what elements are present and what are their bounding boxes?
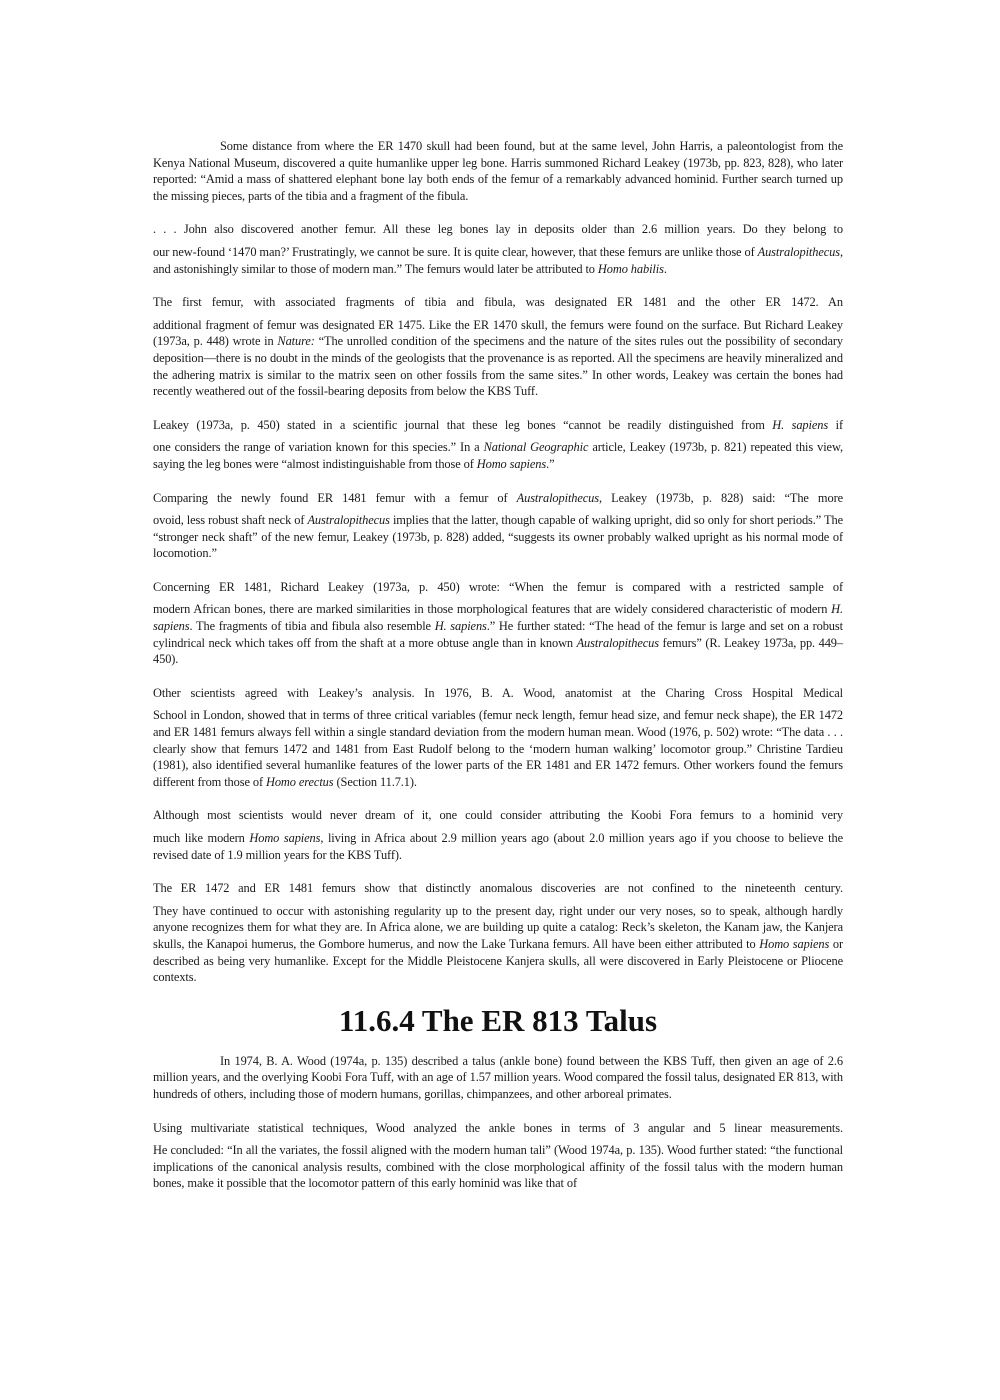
text-run: one considers the range of variation kno… xyxy=(153,440,484,454)
taxon-name: H. sapiens xyxy=(435,619,487,633)
paragraph-er1481-morphology: Concerning ER 1481, Richard Leakey (1973… xyxy=(153,579,843,668)
text-run: , Leakey (1973b, p. 828) said: “The more xyxy=(599,491,843,505)
paragraph-anomalous-discoveries: The ER 1472 and ER 1481 femurs show that… xyxy=(153,880,843,986)
paragraph-leakey-quote-continued: . . . John also discovered another femur… xyxy=(153,221,843,277)
paragraph-lead-line: Concerning ER 1481, Richard Leakey (1973… xyxy=(153,579,843,596)
paragraph-lead-line: Other scientists agreed with Leakey’s an… xyxy=(153,685,843,702)
taxon-name: Homo sapiens xyxy=(249,831,320,845)
paragraph-australopithecus-comparison: Comparing the newly found ER 1481 femur … xyxy=(153,490,843,562)
text-run: much like modern xyxy=(153,831,249,845)
taxon-name: Australopithecus xyxy=(758,245,840,259)
text-run: ovoid, less robust shaft neck of xyxy=(153,513,307,527)
text-run: They have continued to occur with astoni… xyxy=(153,904,843,951)
paragraph-koobi-fora-attribution: Although most scientists would never dre… xyxy=(153,807,843,863)
paragraph-er1481-discovery: Some distance from where the ER 1470 sku… xyxy=(153,138,843,204)
taxon-name: Homo habilis xyxy=(598,262,664,276)
taxon-name: Homo sapiens xyxy=(477,457,546,471)
text-run: . The fragments of tibia and fibula also… xyxy=(189,619,434,633)
text-run: School in London, showed that in terms o… xyxy=(153,708,843,788)
text-run: He concluded: “In all the variates, the … xyxy=(153,1143,843,1190)
text-run: our new-found ‘1470 man?’ Frustratingly,… xyxy=(153,245,758,259)
taxon-name: H. sapiens xyxy=(772,418,828,432)
text-run: . xyxy=(664,262,667,276)
text-run: Leakey (1973a, p. 450) stated in a scien… xyxy=(153,418,772,432)
publication-name: National Geographic xyxy=(484,440,589,454)
taxon-name: Australopithecus xyxy=(577,636,659,650)
paragraph-lead-line: . . . John also discovered another femur… xyxy=(153,221,843,238)
text-run: (Section 11.7.1). xyxy=(334,775,417,789)
document-page: Some distance from where the ER 1470 sku… xyxy=(153,138,843,1209)
section-heading: 11.6.4 The ER 813 Talus xyxy=(153,1003,843,1039)
paragraph-femur-designations: The first femur, with associated fragmen… xyxy=(153,294,843,400)
paragraph-lead-line: Comparing the newly found ER 1481 femur … xyxy=(153,490,843,507)
taxon-name: Australopithecus xyxy=(517,491,599,505)
taxon-name: Australopithecus xyxy=(307,513,389,527)
paragraph-lead-line: Leakey (1973a, p. 450) stated in a scien… xyxy=(153,417,843,434)
paragraph-lead-line: The first femur, with associated fragmen… xyxy=(153,294,843,311)
text-run: modern African bones, there are marked s… xyxy=(153,602,831,616)
paragraph-lead-line: The ER 1472 and ER 1481 femurs show that… xyxy=(153,880,843,897)
paragraph-wood-analysis: Other scientists agreed with Leakey’s an… xyxy=(153,685,843,791)
paragraph-multivariate-analysis: Using multivariate statistical technique… xyxy=(153,1120,843,1192)
paragraph-lead-line: Using multivariate statistical technique… xyxy=(153,1120,843,1137)
paragraph-leakey-sapiens-statement: Leakey (1973a, p. 450) stated in a scien… xyxy=(153,417,843,473)
text-run: Comparing the newly found ER 1481 femur … xyxy=(153,491,517,505)
text-run: .” xyxy=(546,457,554,471)
text-run: if xyxy=(828,418,843,432)
paragraph-lead-line: Although most scientists would never dre… xyxy=(153,807,843,824)
paragraph-talus-description: In 1974, B. A. Wood (1974a, p. 135) desc… xyxy=(153,1053,843,1103)
taxon-name: Homo erectus xyxy=(266,775,334,789)
taxon-name: Homo sapiens xyxy=(759,937,829,951)
journal-name: Nature: xyxy=(277,334,314,348)
